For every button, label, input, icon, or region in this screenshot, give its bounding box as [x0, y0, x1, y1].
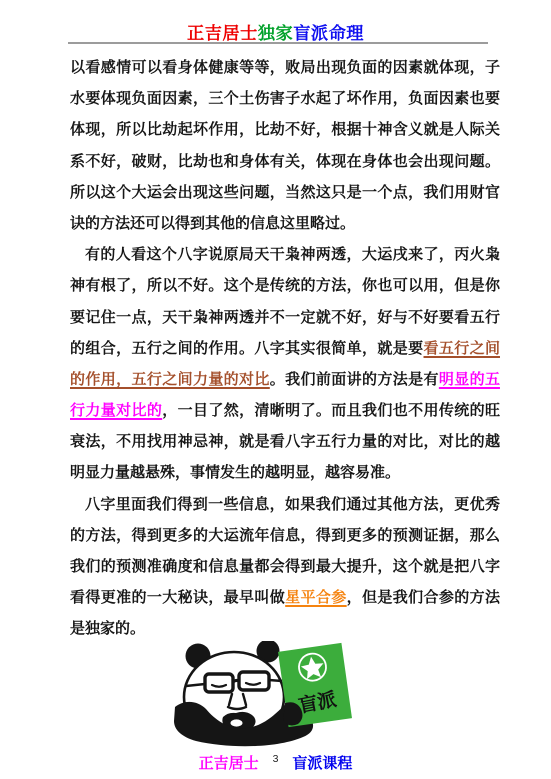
text-run: 体现，所以比劫起坏作用，比劫不好，根据十神含义就是人际关: [70, 121, 500, 138]
panda-meme-sticker: 盲派: [172, 641, 362, 751]
text-line: 体现，所以比劫起坏作用，比劫不好，根据十神含义就是人际关: [70, 114, 500, 145]
text-run: 看得更准的一大秘诀，最早叫做: [70, 589, 285, 606]
text-run: 行力量对比的: [70, 402, 162, 419]
footer-author: 正吉居士: [199, 752, 259, 773]
text-line: 神有根了，所以不好。这个是传统的方法，你也可以用，但是你: [70, 270, 500, 301]
text-run: 星平合参: [285, 589, 346, 606]
text-line: 系不好，破财，比劫也和身体有关，体现在身体也会出现问题。: [70, 146, 500, 177]
text-run: 明显的五: [439, 371, 500, 388]
text-line: 的作用，五行之间力量的对比。我们前面讲的方法是有明显的五: [70, 364, 500, 395]
text-run: 有的人看这个八字说原局天干枭神两透，大运戌来了，丙火枭: [85, 246, 500, 263]
text-run: 八字里面我们得到一些信息，如果我们通过其他方法，更优秀: [85, 496, 500, 513]
text-run: 我们的预测准确度和信息量都会得到最大提升，这个就是把八字: [70, 558, 500, 575]
text-line: 我们的预测准确度和信息量都会得到最大提升，这个就是把八字: [70, 551, 500, 582]
text-run: ，一目了然，清晰明了。而且我们也不用传统的旺: [162, 402, 500, 419]
text-line: 是独家的。: [70, 613, 500, 644]
text-run: 看五行之间: [424, 340, 500, 357]
text-line: 水要体现负面因素，三个土伤害子水起了坏作用，负面因素也要: [70, 83, 500, 114]
text-line: 诀的方法还可以得到其他的信息这里略过。: [70, 208, 500, 239]
page-title: 正吉居士独家盲派命理: [0, 19, 551, 44]
text-run: 的方法，得到更多的大运流年信息，得到更多的预测证据，那么: [70, 527, 500, 544]
text-run: 。我们前面讲的方法是有: [270, 371, 439, 388]
title-segment: 独家: [258, 23, 293, 43]
text-run: 诀的方法还可以得到其他的信息这里略过。: [70, 215, 355, 232]
text-line: 行力量对比的，一目了然，清晰明了。而且我们也不用传统的旺: [70, 395, 500, 426]
header-divider: [68, 42, 488, 44]
text-line: 要记住一点，天干枭神两透并不一定就不好，好与不好要看五行: [70, 302, 500, 333]
text-run: 的组合，五行之间的作用。八字其实很简单，就是要: [70, 340, 424, 357]
text-run: 神有根了，所以不好。这个是传统的方法，你也可以用，但是你: [70, 277, 500, 294]
text-line: 的组合，五行之间的作用。八字其实很简单，就是要看五行之间: [70, 333, 500, 364]
text-run: 明显力量越悬殊，事情发生的越明显，越容易准。: [70, 464, 400, 481]
text-run: 是独家的。: [70, 620, 145, 637]
text-line: 看得更准的一大秘诀，最早叫做星平合参，但是我们合参的方法: [70, 582, 500, 613]
text-run: ，但是我们合参的方法: [347, 589, 500, 606]
text-run: 所以这个大运会出现这些问题，当然这只是一个点，我们用财官: [70, 184, 500, 201]
text-line: 有的人看这个八字说原局天干枭神两透，大运戌来了，丙火枭: [70, 239, 500, 270]
page-number: 3: [273, 753, 279, 765]
document-page: 正吉居士独家盲派命理 以看感情可以看身体健康等等，败局出现负面的因素就体现，子水…: [0, 0, 551, 779]
footer-course: 盲派课程: [292, 752, 352, 773]
text-run: 的作用，五行之间力量的对比: [70, 371, 270, 388]
page-footer: 正吉居士 3 盲派课程: [0, 752, 551, 773]
text-line: 明显力量越悬殊，事情发生的越明显，越容易准。: [70, 457, 500, 488]
text-run: 衰法，不用找用神忌神，就是看八字五行力量的对比，对比的越: [70, 433, 500, 450]
text-run: 水要体现负面因素，三个土伤害子水起了坏作用，负面因素也要: [70, 90, 500, 107]
text-line: 衰法，不用找用神忌神，就是看八字五行力量的对比，对比的越: [70, 426, 500, 457]
text-line: 八字里面我们得到一些信息，如果我们通过其他方法，更优秀: [70, 489, 500, 520]
text-run: 系不好，破财，比劫也和身体有关，体现在身体也会出现问题。: [70, 153, 500, 170]
text-run: 要记住一点，天干枭神两透并不一定就不好，好与不好要看五行: [70, 309, 500, 326]
title-segment: 盲派命理: [293, 23, 364, 43]
title-segment: 正吉居士: [187, 23, 258, 43]
text-run: 以看感情可以看身体健康等等，败局出现负面的因素就体现，子: [70, 59, 500, 76]
text-line: 所以这个大运会出现这些问题，当然这只是一个点，我们用财官: [70, 177, 500, 208]
text-line: 以看感情可以看身体健康等等，败局出现负面的因素就体现，子: [70, 52, 500, 83]
text-line: 的方法，得到更多的大运流年信息，得到更多的预测证据，那么: [70, 520, 500, 551]
document-body: 以看感情可以看身体健康等等，败局出现负面的因素就体现，子水要体现负面因素，三个土…: [70, 52, 500, 645]
